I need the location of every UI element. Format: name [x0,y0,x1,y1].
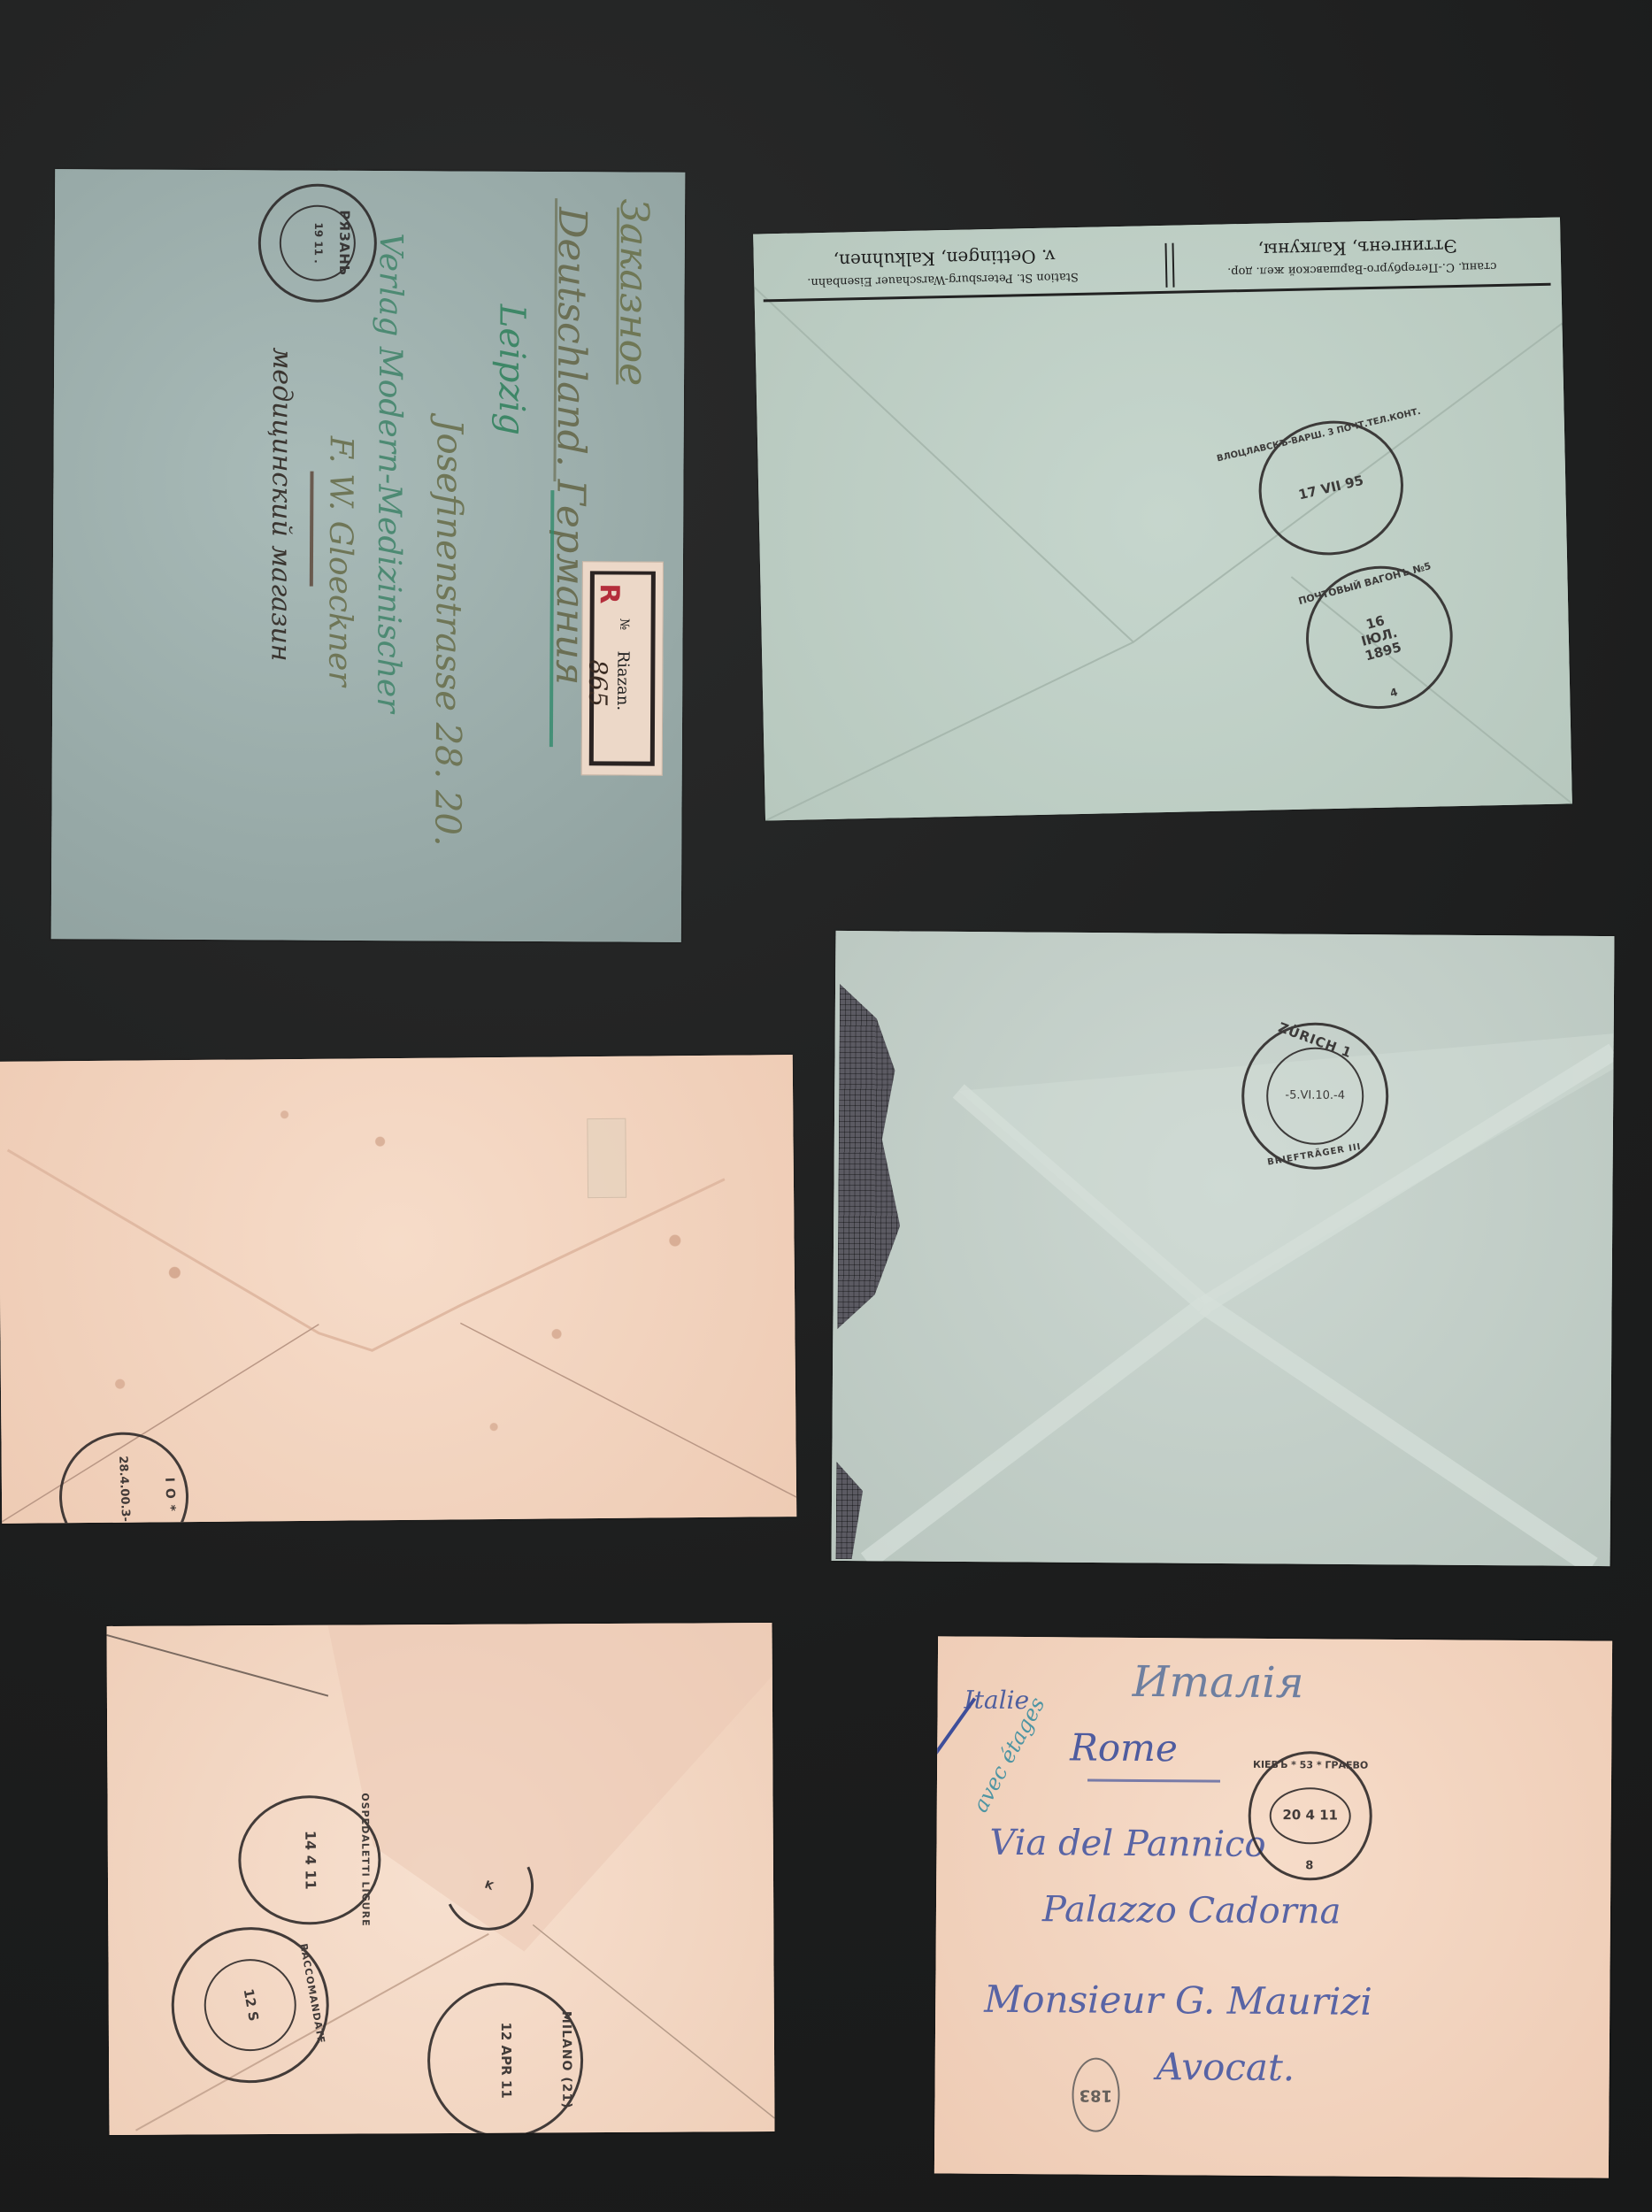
envelope-flap-lines [753,218,1572,821]
handwriting-line: Rome [1070,1725,1178,1770]
envelope-oettingen-back: v. Oettingen, Kalkuhnen, Station St. Pet… [753,218,1572,821]
postmark-ospedaletti: OSPEDALETTI LIGURE 14 4 11 [238,1795,381,1925]
postmark-date: 20 4 11 [1282,1808,1338,1824]
handwriting-line: Италія [1133,1657,1304,1708]
ink-underline [1087,1779,1220,1783]
postmark-kiev-graevo: КІЕВЪ * 53 * ГРАЕВО 20 4 11 8 [1248,1751,1372,1881]
postmark-ring-text: РЯЗАНЬ [336,210,352,276]
postmark-date: 14 4 11 [302,1831,319,1890]
postmark-footer: 8 [1305,1859,1314,1872]
registration-number-prefix: № [617,618,631,630]
registration-city: Riazan. [613,650,632,710]
postmark-date: -5.VI.10.-4 [1285,1089,1345,1102]
envelope-riazan-front: РЯЗАНЬ 19 11 . Заказное Deutschland. Гер… [51,169,686,942]
registration-number: 865 [583,659,612,707]
postmark-ring-text: I O * [162,1478,178,1513]
postmark-ring-text: КІЕВЪ * 53 * ГРАЕВО [1253,1759,1368,1771]
postmark-ring-text: OSPEDALETTI LIGURE [359,1793,372,1926]
envelope-zurich-back: ZÜRICH 1 -5.VI.10.-4 BRIEFTRÄGER III [832,931,1615,1566]
postmark-date: 16 ІЮЛ. 1895 [1348,609,1410,667]
handwriting-line: Verlag Modern-Medizinischer [370,233,409,713]
oval-registration-mark: 183 [1072,2057,1120,2131]
handwriting-line: F. W. Gloeckner [321,436,358,687]
handwriting-line: Monsieur G. Maurizi [984,1978,1372,2024]
postmark-milano: MILANO (21) 12 APR 11 [427,1982,584,2135]
handwriting-line: Josefinenstrasse 28. 20. [426,419,470,846]
postmark-date: 19 11 . [311,222,324,263]
ink-underline [310,472,314,587]
printed-header-right-line1: Эттингенъ, Калкуны, [1257,235,1457,261]
postmark-ring-text: K [483,1878,495,1893]
oval-mark-number: 183 [1080,2085,1113,2104]
postmark-date: 17 VII 95 [1297,473,1365,503]
handwriting-line: Avocat. [1156,2045,1295,2089]
handwriting-line: Leipzig [491,304,533,435]
header-divider [1164,243,1174,288]
registration-label: R № Riazan. 865 [581,561,664,775]
envelope-rome-front: Италія Italie avec étages Rome Via del P… [934,1636,1612,2177]
envelope-flap-lines [832,931,1615,1566]
envelope-italian-back: OSPEDALETTI LIGURE 14 4 11 RACCOMANDATE … [106,1623,774,2135]
ink-underline [549,490,555,747]
handwriting-line: Via del Pannico [989,1823,1265,1865]
handwriting-line: медицинский магазин [265,347,297,661]
stamp-hinge-mark [587,1118,626,1198]
envelope-pink-back: I O * 28.4.00.3-11 [0,1055,796,1524]
postmark-ring-text: MILANO (21) [559,2011,574,2109]
handwriting-line: Palazzo Cadorna [1042,1889,1341,1932]
postmark-zurich: ZÜRICH 1 -5.VI.10.-4 BRIEFTRÄGER III [1241,1022,1389,1170]
postmark-date: 28.4.00.3-11 [116,1455,133,1524]
postmark-date: 12 APR 11 [497,2022,513,2098]
postmark-footer: 4 [1388,686,1400,700]
postmark-riazan: РЯЗАНЬ 19 11 . [257,183,377,303]
registration-letter: R [594,583,625,603]
